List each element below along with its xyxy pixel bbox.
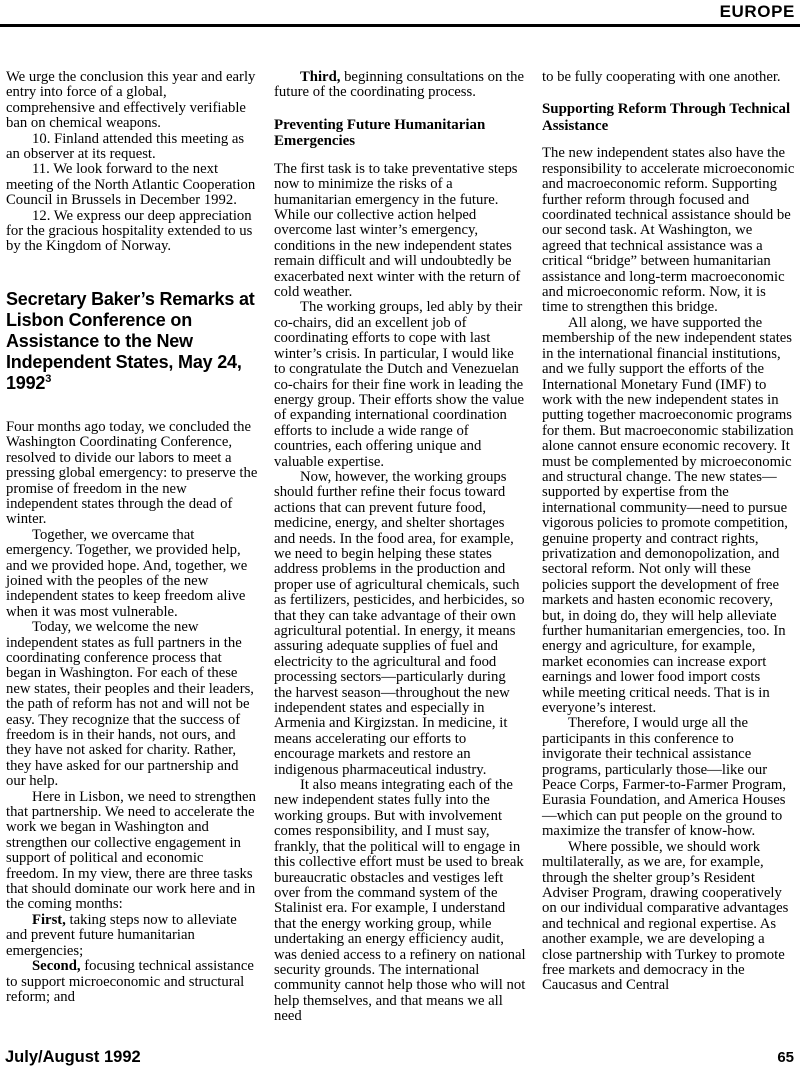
paragraph: Where possible, we should work multilate… <box>542 840 795 994</box>
paragraph: The working groups, led ably by their co… <box>274 300 527 469</box>
text-column-2: Third, beginning consultations on the fu… <box>274 70 527 1025</box>
article-title: Secretary Baker’s Remarks at Lisbon Conf… <box>6 289 259 394</box>
paragraph: First, taking steps now to alleviate and… <box>6 913 259 959</box>
text-column-1: We urge the conclusion this year and ear… <box>6 70 259 1025</box>
paragraph: Together, we overcame that emergency. To… <box>6 528 259 620</box>
paragraph-lead: Second, <box>32 958 81 974</box>
paragraph: Here in Lisbon, we need to strengthen th… <box>6 790 259 913</box>
footer-issue-date: July/August 1992 <box>5 1048 141 1067</box>
paragraph: to be fully cooperating with one another… <box>542 70 795 85</box>
text-column-3: to be fully cooperating with one another… <box>542 70 795 1025</box>
paragraph: 11. We look forward to the next meeting … <box>6 162 259 208</box>
paragraph: Therefore, I would urge all the particip… <box>542 716 795 839</box>
paragraph: Four months ago today, we concluded the … <box>6 420 259 528</box>
paragraph: Today, we welcome the new independent st… <box>6 620 259 789</box>
paragraph: We urge the conclusion this year and ear… <box>6 70 259 132</box>
paragraph: The first task is to take preventative s… <box>274 162 527 301</box>
footer-page-number: 65 <box>777 1049 794 1066</box>
header-rule <box>0 24 800 27</box>
article-columns: We urge the conclusion this year and ear… <box>0 70 800 1025</box>
paragraph: Now, however, the working groups should … <box>274 470 527 778</box>
paragraph: Second, focusing technical assistance to… <box>6 959 259 1005</box>
running-header: EUROPE <box>720 2 795 22</box>
paragraph: All along, we have supported the members… <box>542 316 795 717</box>
section-title: EUROPE <box>720 2 795 21</box>
paragraph-lead: Third, <box>300 69 340 85</box>
section-heading: Supporting Reform Through Technical Assi… <box>542 101 795 134</box>
paragraph-lead: First, <box>32 912 66 928</box>
paragraph: 10. Finland attended this meeting as an … <box>6 132 259 163</box>
page-footer: July/August 1992 65 <box>0 1046 800 1068</box>
paragraph: The new independent states also have the… <box>542 146 795 315</box>
magazine-page: EUROPE We urge the conclusion this year … <box>0 0 800 1068</box>
paragraph: It also means integrating each of the ne… <box>274 778 527 1025</box>
paragraph: 12. We express our deep appreciation for… <box>6 209 259 255</box>
footnote-reference: 3 <box>45 373 51 385</box>
paragraph: Third, beginning consultations on the fu… <box>274 70 527 101</box>
section-heading: Preventing Future Humanitarian Emergenci… <box>274 117 527 150</box>
article-title-text: Secretary Baker’s Remarks at Lisbon Conf… <box>6 289 255 393</box>
